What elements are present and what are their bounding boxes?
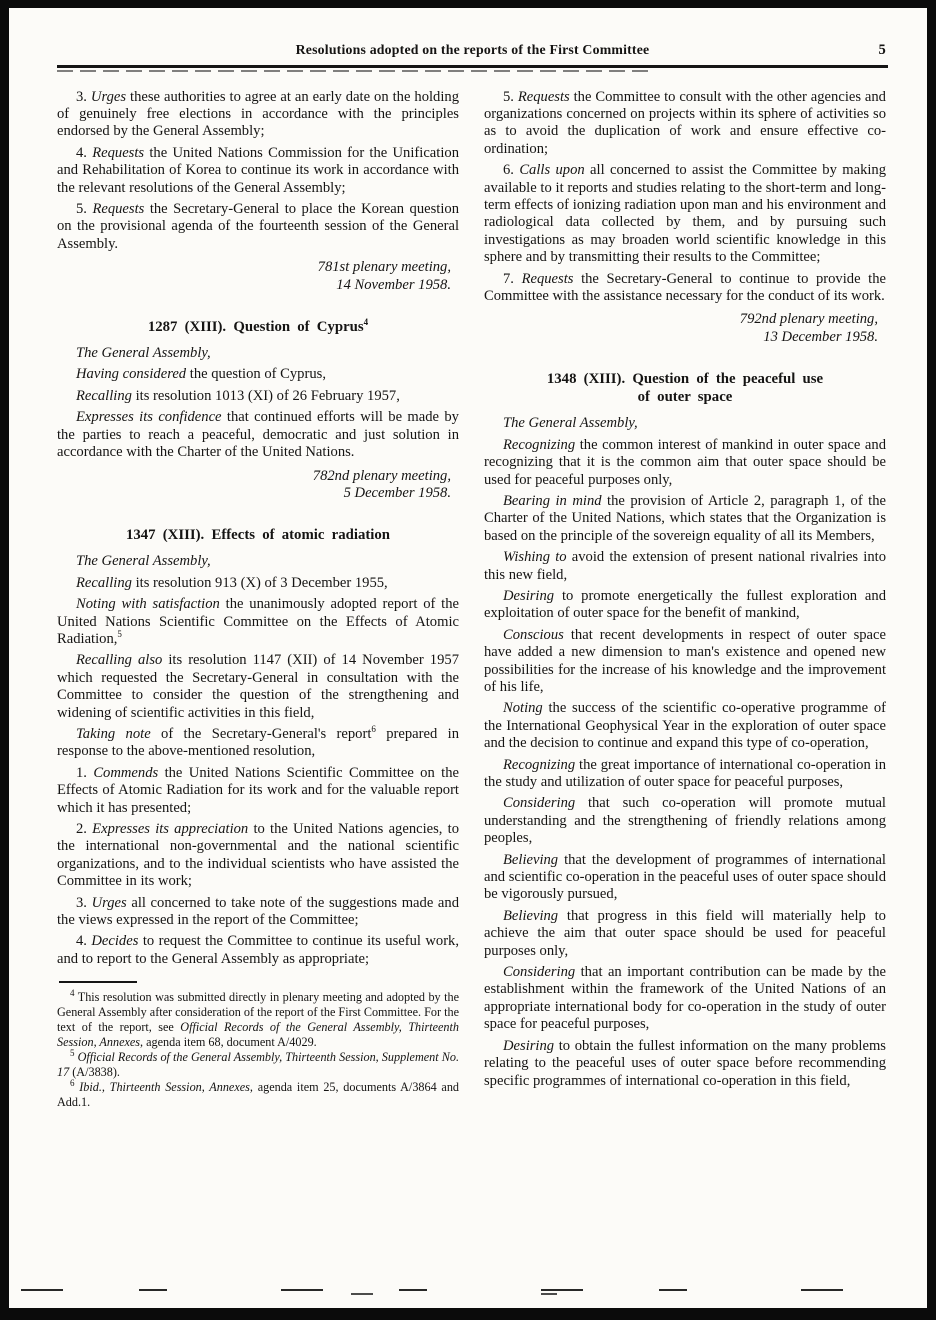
paragraph-lead: The General Assembly,	[503, 415, 638, 431]
paragraph-lead: Taking note	[76, 726, 151, 742]
footnote-text: (A/3838).	[69, 1065, 120, 1079]
paragraph-number: 3.	[76, 89, 87, 105]
paragraph-lead: Believing	[503, 852, 558, 868]
paragraph-number: 7.	[503, 271, 514, 287]
paragraph: 5. Requests the Committee to consult wit…	[484, 85, 886, 159]
paragraph-lead: Requests	[518, 89, 570, 105]
meeting-line: 792nd plenary meeting, 13 December 1958.	[484, 305, 886, 346]
resolution-heading-1348: 1348 (XIII). Question of the peaceful us…	[484, 346, 886, 411]
paragraph: 1. Commends the United Nations Scientifi…	[57, 761, 459, 817]
running-head: Resolutions adopted on the reports of th…	[57, 42, 888, 58]
meeting-name: 782nd plenary meeting,	[57, 468, 451, 485]
paragraph: Recalling its resolution 913 (X) of 3 De…	[57, 571, 459, 592]
resolution-heading-text: 1347 (XIII). Effects of atomic radiation	[126, 527, 390, 543]
paragraph-number: 4.	[76, 933, 87, 949]
footnote-list: 4 This resolution was submitted directly…	[57, 990, 459, 1110]
resolution-heading-text: 1287 (XIII). Question of Cyprus	[148, 319, 364, 335]
paragraph-lead: Noting	[503, 700, 543, 716]
paragraph-number: 5.	[503, 89, 514, 105]
paragraph-lead: Requests	[92, 145, 144, 161]
footnote-marker: 5	[70, 1048, 75, 1058]
paragraph-lead: Believing	[503, 908, 558, 924]
header-rule	[57, 65, 888, 68]
paragraph: Having considered the question of Cyprus…	[57, 362, 459, 383]
paragraph: 7. Requests the Secretary-General to con…	[484, 267, 886, 306]
paragraph: The General Assembly,	[57, 549, 459, 570]
paragraph-lead: Desiring	[503, 1038, 554, 1054]
paragraph-lead: Recalling	[76, 575, 132, 591]
paragraph: Recognizing the great importance of inte…	[484, 753, 886, 792]
footnote-separator	[59, 981, 137, 983]
footnote-citation: Ibid., Thirteenth Session, Annexes,	[79, 1080, 253, 1094]
paragraph: The General Assembly,	[57, 341, 459, 362]
paragraph: 5. Requests the Secretary-General to pla…	[57, 197, 459, 253]
paragraph-lead: Considering	[503, 795, 575, 811]
paragraph-lead: Urges	[92, 895, 127, 911]
paragraph-number: 5.	[76, 201, 87, 217]
paragraph: 4. Decides to request the Committee to c…	[57, 929, 459, 968]
meeting-line: 781st plenary meeting, 14 November 1958.	[57, 253, 459, 294]
paragraph-lead: Requests	[522, 271, 574, 287]
paragraph: Noting the success of the scientific co-…	[484, 696, 886, 752]
resolution-heading-1287: 1287 (XIII). Question of Cyprus4	[57, 294, 459, 341]
paragraph-lead: Requests	[92, 201, 144, 217]
footnote-ref: 5	[117, 629, 122, 639]
paragraph-lead: Bearing in mind	[503, 493, 602, 509]
scan-artifact-line	[21, 1289, 915, 1295]
footnote: 4 This resolution was submitted directly…	[57, 990, 459, 1050]
meeting-date: 14 November 1958.	[57, 277, 451, 294]
footnote-ref: 4	[364, 317, 369, 327]
running-head-title: Resolutions adopted on the reports of th…	[296, 42, 650, 57]
meeting-line: 782nd plenary meeting, 5 December 1958.	[57, 462, 459, 503]
two-column-layout: 3. Urges these authorities to agree at a…	[57, 85, 888, 1111]
paragraph-number: 2.	[76, 821, 87, 837]
paragraph-text: of the Secretary-General's report	[161, 726, 371, 742]
footnote-marker: 6	[70, 1078, 75, 1088]
scan-artifact-dashes	[21, 1289, 915, 1291]
paragraph: 3. Urges all concerned to take note of t…	[57, 891, 459, 930]
paragraph-lead: Expresses its appreciation	[92, 821, 248, 837]
resolution-heading-text: 1348 (XIII). Question of the peaceful us…	[490, 370, 880, 388]
paragraph-number: 3.	[76, 895, 87, 911]
paragraph: 2. Expresses its appreciation to the Uni…	[57, 817, 459, 891]
paragraph-lead: Conscious	[503, 627, 564, 643]
paragraph: Recalling its resolution 1013 (XI) of 26…	[57, 384, 459, 405]
paragraph-lead: Wishing to	[503, 549, 567, 565]
meeting-date: 5 December 1958.	[57, 485, 451, 502]
column-left: 3. Urges these authorities to agree at a…	[57, 85, 459, 1111]
paragraph: Believing that progress in this field wi…	[484, 904, 886, 960]
paragraph-lead: Expresses its confidence	[76, 409, 222, 425]
paragraph-lead: Noting with satisfaction	[76, 596, 220, 612]
paragraph: Wishing to avoid the extension of presen…	[484, 545, 886, 584]
page-number: 5	[879, 42, 886, 59]
paragraph: 4. Requests the United Nations Commissio…	[57, 141, 459, 197]
resolution-heading-1347: 1347 (XIII). Effects of atomic radiation	[57, 502, 459, 549]
footnote: 5 Official Records of the General Assemb…	[57, 1050, 459, 1080]
paragraph-lead: Recognizing	[503, 757, 575, 773]
paragraph-lead: Decides	[91, 933, 138, 949]
paragraph-list-outer-space: The General Assembly, Recognizing the co…	[484, 411, 886, 1090]
paragraph: Desiring to promote energetically the fu…	[484, 584, 886, 623]
paragraph: Recalling also its resolution 1147 (XII)…	[57, 648, 459, 722]
paragraph: Expresses its confidence that continued …	[57, 405, 459, 461]
paragraph: 3. Urges these authorities to agree at a…	[57, 85, 459, 141]
paragraph-lead: Commends	[93, 765, 158, 781]
paragraph: Conscious that recent developments in re…	[484, 623, 886, 697]
paragraph-lead: Considering	[503, 964, 575, 980]
paragraph-number: 1.	[76, 765, 87, 781]
meeting-name: 781st plenary meeting,	[57, 259, 451, 276]
meeting-name: 792nd plenary meeting,	[484, 311, 878, 328]
paragraph: 6. Calls upon all concerned to assist th…	[484, 158, 886, 266]
paragraph-lead: The General Assembly,	[76, 345, 211, 361]
paragraph: Believing that the development of progra…	[484, 848, 886, 904]
column-right: 5. Requests the Committee to consult wit…	[484, 85, 886, 1111]
paragraph-list-korea: 3. Urges these authorities to agree at a…	[57, 85, 459, 254]
paragraph-lead: Recognizing	[503, 437, 575, 453]
paragraph-list-cyprus: The General Assembly, Having considered …	[57, 341, 459, 461]
resolution-heading-text: of outer space	[490, 388, 880, 406]
footnote-text: agenda item 68, document A/4029.	[143, 1035, 317, 1049]
paragraph-lead: Desiring	[503, 588, 554, 604]
paragraph: Taking note of the Secretary-General's r…	[57, 722, 459, 761]
footnote-marker: 4	[70, 988, 75, 998]
paragraph-lead: Recalling also	[76, 652, 162, 668]
paragraph-lead: Calls upon	[519, 162, 584, 178]
paragraph-text: its resolution 1013 (XI) of 26 February …	[136, 388, 400, 404]
paragraph-lead: Urges	[91, 89, 126, 105]
paragraph-list-radiation-operative: 5. Requests the Committee to consult wit…	[484, 85, 886, 306]
paragraph-number: 4.	[76, 145, 87, 161]
paragraph: The General Assembly,	[484, 411, 886, 432]
footnote: 6 Ibid., Thirteenth Session, Annexes, ag…	[57, 1080, 459, 1110]
paragraph-lead: Having considered	[76, 366, 186, 382]
paragraph-text: the question of Cyprus,	[190, 366, 326, 382]
paragraph-lead: Recalling	[76, 388, 132, 404]
paragraph-list-radiation: The General Assembly, Recalling its reso…	[57, 549, 459, 968]
paragraph-lead: The General Assembly,	[76, 553, 211, 569]
paragraph-text: the success of the scientific co-operati…	[484, 700, 886, 751]
page-content: Resolutions adopted on the reports of th…	[9, 8, 927, 1110]
scan-artifact-dashes	[21, 1293, 915, 1295]
paragraph-text: its resolution 913 (X) of 3 December 195…	[136, 575, 388, 591]
scanned-document-page: Resolutions adopted on the reports of th…	[0, 0, 936, 1320]
paragraph: Noting with satisfaction the unanimously…	[57, 592, 459, 648]
meeting-date: 13 December 1958.	[484, 329, 878, 346]
paragraph: Considering that such co-operation will …	[484, 791, 886, 847]
footnote-ref: 6	[371, 724, 376, 734]
paragraph: Considering that an important contributi…	[484, 960, 886, 1034]
paragraph: Desiring to obtain the fullest informati…	[484, 1034, 886, 1090]
header-rule-artifact	[57, 70, 655, 72]
paragraph-number: 6.	[503, 162, 514, 178]
paragraph: Recognizing the common interest of manki…	[484, 433, 886, 489]
paragraph: Bearing in mind the provision of Article…	[484, 489, 886, 545]
